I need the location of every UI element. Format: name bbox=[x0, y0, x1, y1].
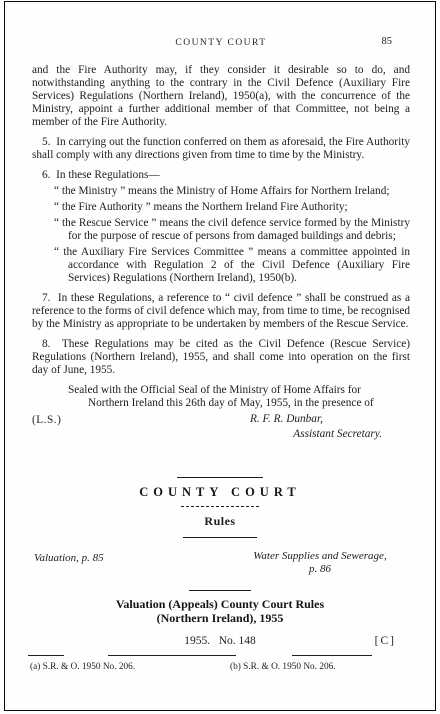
reference-left: Valuation, p. 85 bbox=[34, 552, 104, 565]
print-mark: [C] bbox=[375, 635, 396, 647]
body-text: and the Fire Authority may, if they cons… bbox=[32, 64, 410, 441]
section-divider bbox=[183, 537, 257, 538]
definitions-list: “ the Ministry ” means the Ministry of H… bbox=[32, 185, 410, 285]
definition-afs-committee: “ the Auxiliary Fire Services Committee … bbox=[54, 246, 410, 285]
signature-row: (L.S.) R. F. R. Dunbar, bbox=[32, 414, 410, 427]
signature-role: Assistant Secretary. bbox=[32, 428, 382, 441]
section-heading: COUNTY COURT bbox=[0, 485, 440, 500]
document-page: COUNTY COURT 85 and the Fire Authority m… bbox=[0, 0, 440, 714]
statute-title-line2: (Northern Ireland), 1955 bbox=[0, 612, 440, 626]
definition-rescue-service: “ the Rescue Service ” means the civil d… bbox=[54, 217, 410, 243]
sealing-clause: Sealed with the Official Seal of the Min… bbox=[68, 384, 398, 410]
reference-right: Water Supplies and Sewerage, p. 86 bbox=[234, 550, 406, 576]
statute-title-line1: Valuation (Appeals) County Court Rules bbox=[0, 598, 440, 612]
ls-mark: (L.S.) bbox=[32, 414, 61, 427]
section-subheading: Rules bbox=[0, 514, 440, 529]
paragraph-6-intro: 6. In these Regulations— bbox=[32, 169, 410, 182]
paragraph-5: 5. In carrying out the function conferre… bbox=[32, 136, 410, 162]
footnote-a: (a) S.R. & O. 1950 No. 206. bbox=[30, 662, 135, 672]
footnote-rule bbox=[292, 655, 372, 656]
definition-fire-authority: “ the Fire Authority ” means the Norther… bbox=[54, 201, 410, 214]
footnote-rule bbox=[108, 655, 236, 656]
paragraph-7: 7. In these Regulations, a reference to … bbox=[32, 292, 410, 331]
footnotes: (a) S.R. & O. 1950 No. 206. (b) S.R. & O… bbox=[0, 662, 440, 674]
running-head: COUNTY COURT 85 bbox=[32, 38, 410, 52]
page-number: 85 bbox=[382, 36, 393, 47]
section-divider bbox=[181, 506, 259, 507]
cross-references: Valuation, p. 85 Water Supplies and Sewe… bbox=[32, 550, 408, 578]
statute-number-row: 1955. No. 148 [C] bbox=[0, 635, 440, 649]
footnote-rules bbox=[0, 655, 440, 658]
footnote-b: (b) S.R. & O. 1950 No. 206. bbox=[230, 662, 336, 672]
lower-section: COUNTY COURT Rules Valuation, p. 85 Wate… bbox=[0, 470, 440, 674]
page-content: COUNTY COURT 85 and the Fire Authority m… bbox=[32, 0, 410, 441]
section-divider bbox=[177, 477, 263, 478]
running-title: COUNTY COURT bbox=[175, 38, 266, 48]
section-divider bbox=[189, 590, 251, 591]
paragraph-8: 8. These Regulations may be cited as the… bbox=[32, 338, 410, 377]
statute-title: Valuation (Appeals) County Court Rules (… bbox=[0, 598, 440, 625]
paragraph-continuation: and the Fire Authority may, if they cons… bbox=[32, 64, 410, 129]
footnote-rule bbox=[28, 655, 64, 656]
reference-right-line1: Water Supplies and Sewerage, bbox=[253, 550, 386, 562]
definition-ministry: “ the Ministry ” means the Ministry of H… bbox=[54, 185, 410, 198]
reference-right-line2: p. 86 bbox=[309, 563, 331, 575]
statute-number: 1955. No. 148 bbox=[184, 635, 256, 647]
signature-name: R. F. R. Dunbar, bbox=[250, 413, 323, 426]
